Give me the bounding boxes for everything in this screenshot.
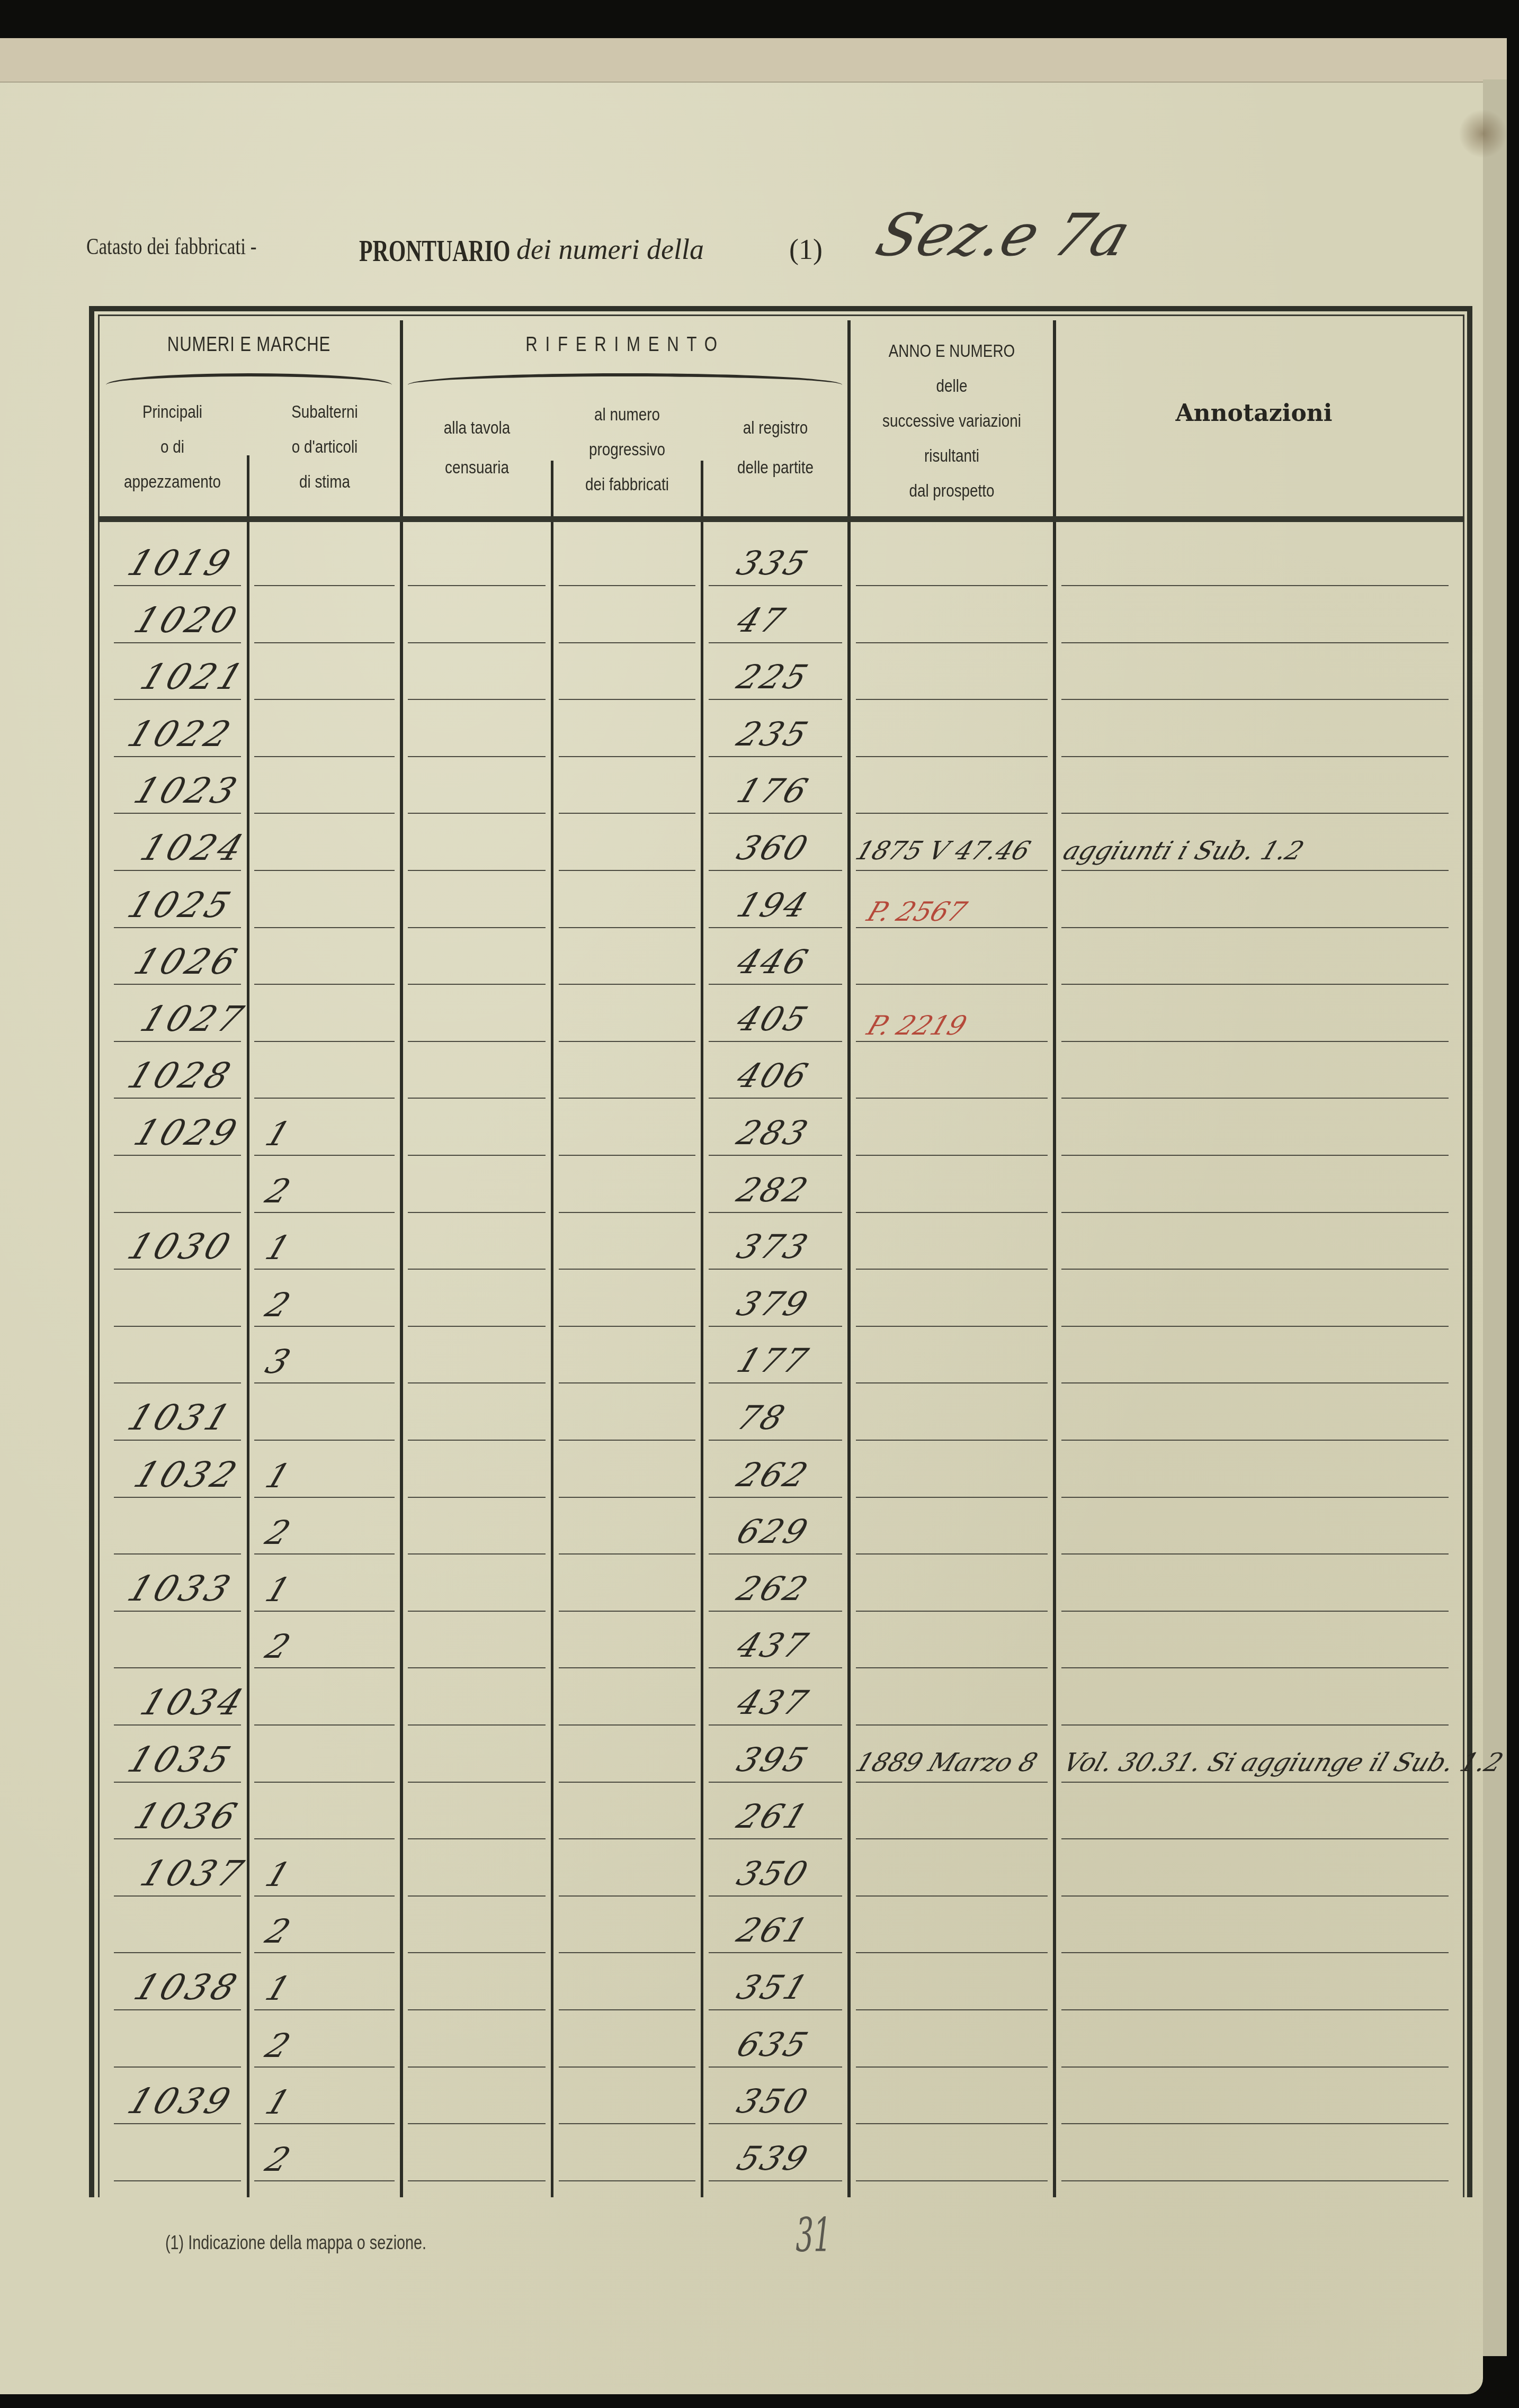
row-rule xyxy=(709,2066,842,2068)
row-rule xyxy=(408,2123,546,2124)
row-rule xyxy=(1061,1724,1449,1726)
header-anno-line2: delle xyxy=(869,369,1034,403)
row-rule xyxy=(114,642,241,643)
header-tavola-2: censuaria xyxy=(416,450,538,485)
row-rule xyxy=(709,1553,842,1555)
row-rule xyxy=(856,1553,1048,1555)
page-right-edge xyxy=(1483,79,1507,2356)
row-rule xyxy=(254,1269,395,1270)
row-rule xyxy=(856,1155,1048,1156)
row-rule xyxy=(408,1269,546,1270)
row-rule xyxy=(856,642,1048,643)
row-rule xyxy=(408,1611,546,1612)
registro-number: 283 xyxy=(732,1113,815,1152)
row-rule xyxy=(559,1212,695,1213)
row-rule xyxy=(856,1667,1048,1668)
row-rule xyxy=(709,585,842,586)
row-rule xyxy=(559,699,695,700)
row-rule xyxy=(856,1326,1048,1327)
row-rule xyxy=(709,699,842,700)
registro-number: 405 xyxy=(732,1000,815,1038)
variazione-entry: 1875 V 47.46 xyxy=(852,836,1034,866)
registro-number: 539 xyxy=(732,2139,815,2178)
row-rule xyxy=(114,1212,241,1213)
row-rule xyxy=(709,1667,842,1668)
row-rule xyxy=(1061,1041,1449,1042)
row-rule xyxy=(559,1553,695,1555)
row-rule xyxy=(408,1326,546,1327)
header-subalterni-1: Subalterni xyxy=(263,394,387,429)
row-rule xyxy=(709,1326,842,1327)
row-rule xyxy=(1061,1326,1449,1327)
row-rule xyxy=(559,1895,695,1897)
row-rule xyxy=(1061,1382,1449,1383)
registro-number: 335 xyxy=(732,544,815,582)
registro-number: 446 xyxy=(732,942,815,981)
registro-number: 261 xyxy=(732,1911,815,1949)
row-rule xyxy=(254,1440,395,1441)
principale-number: 1033 xyxy=(122,1568,239,1609)
header-subalterni-3: di stima xyxy=(263,464,387,499)
row-rule xyxy=(1061,1155,1449,1156)
variazione-entry: 1889 Marzo 8 xyxy=(852,1748,1041,1777)
row-rule xyxy=(709,927,842,928)
header-annotazioni: Annotazioni xyxy=(1054,400,1454,427)
principale-number: 1019 xyxy=(122,543,239,583)
principale-number: 1027 xyxy=(135,999,252,1039)
registro-number: 194 xyxy=(732,886,815,924)
row-rule xyxy=(559,1724,695,1726)
row-rule xyxy=(856,1269,1048,1270)
column-rule xyxy=(551,461,553,2197)
row-rule xyxy=(408,2009,546,2010)
principale-number: 1037 xyxy=(135,1853,252,1894)
row-rule xyxy=(408,1212,546,1213)
row-rule xyxy=(408,984,546,985)
row-rule xyxy=(254,813,395,814)
principale-number: 1024 xyxy=(135,828,252,868)
row-rule xyxy=(709,2180,842,2181)
row-rule xyxy=(1061,1838,1449,1839)
row-rule xyxy=(709,1382,842,1383)
row-rule xyxy=(856,1952,1048,1953)
row-rule xyxy=(856,813,1048,814)
form-title-main: PRONTUARIO xyxy=(359,233,510,275)
row-rule xyxy=(559,1952,695,1953)
row-rule xyxy=(1061,2123,1449,2124)
principale-number: 1021 xyxy=(135,657,252,697)
row-rule xyxy=(709,1212,842,1213)
row-rule xyxy=(709,1611,842,1612)
row-rule xyxy=(1061,1895,1449,1897)
header-tavola-1: alla tavola xyxy=(416,410,538,445)
row-rule xyxy=(408,1553,546,1555)
row-rule xyxy=(559,1838,695,1839)
registro-number: 176 xyxy=(732,771,815,810)
row-rule xyxy=(114,2180,241,2181)
row-rule xyxy=(408,1895,546,1897)
row-rule xyxy=(1061,2066,1449,2068)
row-rule xyxy=(856,2123,1048,2124)
row-rule xyxy=(254,2180,395,2181)
row-rule xyxy=(114,699,241,700)
header-registro-1: al registro xyxy=(716,410,834,445)
row-rule xyxy=(709,813,842,814)
row-rule xyxy=(559,642,695,643)
row-rule xyxy=(709,1782,842,1783)
form-title-footnote-ref: (1) xyxy=(789,233,823,275)
column-rule xyxy=(400,320,403,2197)
row-rule xyxy=(114,1098,241,1099)
row-rule xyxy=(254,1895,395,1897)
principale-number: 1038 xyxy=(129,1967,245,2008)
row-rule xyxy=(1061,2180,1449,2181)
row-rule xyxy=(1061,927,1449,928)
row-rule xyxy=(254,2123,395,2124)
row-rule xyxy=(856,756,1048,757)
row-rule xyxy=(856,1212,1048,1213)
registro-number: 261 xyxy=(732,1797,815,1836)
row-rule xyxy=(408,927,546,928)
row-rule xyxy=(559,1098,695,1099)
registro-number: 350 xyxy=(732,1854,815,1893)
row-rule xyxy=(254,1724,395,1726)
page-number: 31 xyxy=(796,2208,831,2262)
row-rule xyxy=(1061,1782,1449,1783)
registro-number: 225 xyxy=(732,658,815,696)
row-rule xyxy=(709,756,842,757)
registro-number: 235 xyxy=(732,715,815,753)
row-rule xyxy=(408,1724,546,1726)
registro-number: 351 xyxy=(732,1968,815,2007)
row-rule xyxy=(254,2066,395,2068)
variazione-red-entry: P. 2219 xyxy=(863,1010,971,1041)
row-rule xyxy=(254,1952,395,1953)
row-rule xyxy=(559,1667,695,1668)
header-anno-line1: ANNO E NUMERO xyxy=(869,334,1034,369)
row-rule xyxy=(408,1098,546,1099)
row-rule xyxy=(408,642,546,643)
row-rule xyxy=(1061,756,1449,757)
row-rule xyxy=(114,2066,241,2068)
row-rule xyxy=(114,756,241,757)
header-anno-line4: risultanti xyxy=(869,438,1034,473)
row-rule xyxy=(559,927,695,928)
principale-number: 1039 xyxy=(122,2081,239,2122)
row-rule xyxy=(1061,813,1449,814)
row-rule xyxy=(1061,1667,1449,1668)
row-rule xyxy=(408,1952,546,1953)
row-rule xyxy=(114,1497,241,1498)
row-rule xyxy=(114,1269,241,1270)
row-rule xyxy=(1061,1952,1449,1953)
row-rule xyxy=(709,870,842,871)
row-rule xyxy=(856,585,1048,586)
registro-number: 635 xyxy=(732,2025,815,2064)
row-rule xyxy=(114,1326,241,1327)
header-principali-3: appezzamento xyxy=(111,464,233,499)
row-rule xyxy=(856,2066,1048,2068)
row-rule xyxy=(559,1155,695,1156)
row-rule xyxy=(1061,1212,1449,1213)
header-principali-2: o di xyxy=(111,429,233,464)
row-rule xyxy=(856,1838,1048,1839)
row-rule xyxy=(709,1838,842,1839)
row-rule xyxy=(408,585,546,586)
section-handwritten: Sez.e 7a xyxy=(868,201,1139,269)
row-rule xyxy=(856,2180,1048,2181)
row-rule xyxy=(856,1098,1048,1099)
row-rule xyxy=(709,1440,842,1441)
registro-number: 379 xyxy=(732,1284,815,1323)
row-rule xyxy=(856,1782,1048,1783)
row-rule xyxy=(254,1611,395,1612)
row-rule xyxy=(709,984,842,985)
principale-number: 1030 xyxy=(122,1226,239,1267)
header-anno-line5: dal prospetto xyxy=(869,473,1034,508)
row-rule xyxy=(254,1497,395,1498)
row-rule xyxy=(114,1782,241,1783)
row-rule xyxy=(856,699,1048,700)
principale-number: 1020 xyxy=(129,600,245,641)
header-numero-1: al numero xyxy=(567,397,687,432)
row-rule xyxy=(709,1155,842,1156)
registro-number: 395 xyxy=(732,1740,815,1779)
form-title-prefix: Catasto dei fabbricati - xyxy=(86,233,257,275)
row-rule xyxy=(254,1041,395,1042)
row-rule xyxy=(559,1269,695,1270)
row-rule xyxy=(114,1952,241,1953)
row-rule xyxy=(254,1212,395,1213)
annotazione-entry: Vol. 30.31. Si aggiunge il Sub. 1.2 xyxy=(1059,1748,1507,1777)
header-separator xyxy=(98,516,1464,522)
registro-number: 629 xyxy=(732,1512,815,1551)
header-anno-line3: successive variazioni xyxy=(869,403,1034,438)
row-rule xyxy=(1061,870,1449,871)
column-rule xyxy=(1053,320,1056,2197)
principale-number: 1031 xyxy=(122,1397,239,1438)
row-rule xyxy=(114,1155,241,1156)
principale-number: 1023 xyxy=(129,770,245,811)
registro-number: 437 xyxy=(732,1683,815,1722)
row-rule xyxy=(114,1041,241,1042)
row-rule xyxy=(254,642,395,643)
row-rule xyxy=(114,2009,241,2010)
row-rule xyxy=(856,1440,1048,1441)
row-rule xyxy=(114,927,241,928)
variazione-red-entry: P. 2567 xyxy=(863,896,971,927)
row-rule xyxy=(254,1382,395,1383)
row-rule xyxy=(114,2123,241,2124)
row-rule xyxy=(559,2123,695,2124)
row-rule xyxy=(856,1041,1048,1042)
header-subalterni-2: o d'articoli xyxy=(263,429,387,464)
row-rule xyxy=(559,1041,695,1042)
registro-number: 350 xyxy=(732,2082,815,2121)
row-rule xyxy=(856,984,1048,985)
row-rule xyxy=(408,2066,546,2068)
row-rule xyxy=(856,1895,1048,1897)
row-rule xyxy=(1061,642,1449,643)
row-rule xyxy=(559,1497,695,1498)
header-numeri-e-marche: NUMERI E MARCHE xyxy=(125,334,372,356)
column-rule xyxy=(701,461,703,2197)
form-title-suffix: dei numeri della xyxy=(516,233,704,275)
registro-number: 262 xyxy=(732,1569,815,1608)
registro-number: 373 xyxy=(732,1227,815,1266)
row-rule xyxy=(408,2180,546,2181)
row-rule xyxy=(408,1440,546,1441)
row-rule xyxy=(559,984,695,985)
row-rule xyxy=(856,1611,1048,1612)
row-rule xyxy=(559,2009,695,2010)
principale-number: 1034 xyxy=(135,1682,252,1723)
row-rule xyxy=(254,1553,395,1555)
row-rule xyxy=(254,756,395,757)
header-principali-1: Principali xyxy=(111,394,233,429)
registro-number: 177 xyxy=(732,1341,815,1380)
row-rule xyxy=(254,1155,395,1156)
principale-number: 1025 xyxy=(122,885,239,926)
registro-number: 282 xyxy=(732,1171,815,1209)
row-rule xyxy=(1061,585,1449,586)
annotazione-entry: aggiunti i Sub. 1.2 xyxy=(1059,836,1308,866)
row-rule xyxy=(114,1440,241,1441)
principale-number: 1035 xyxy=(122,1739,239,1780)
row-rule xyxy=(408,870,546,871)
row-rule xyxy=(1061,1098,1449,1099)
row-rule xyxy=(114,585,241,586)
paper-stain xyxy=(1459,109,1507,159)
principale-number: 1036 xyxy=(129,1796,245,1837)
row-rule xyxy=(114,870,241,871)
registro-number: 437 xyxy=(732,1626,815,1665)
row-rule xyxy=(254,927,395,928)
row-rule xyxy=(254,984,395,985)
row-rule xyxy=(856,1497,1048,1498)
row-rule xyxy=(114,1553,241,1555)
principale-number: 1029 xyxy=(129,1112,245,1153)
row-rule xyxy=(856,1382,1048,1383)
row-rule xyxy=(408,1838,546,1839)
row-rule xyxy=(709,1269,842,1270)
row-rule xyxy=(114,1838,241,1839)
row-rule xyxy=(114,984,241,985)
principale-number: 1028 xyxy=(122,1055,239,1096)
row-rule xyxy=(254,1782,395,1783)
row-rule xyxy=(254,1326,395,1327)
row-rule xyxy=(856,2009,1048,2010)
row-rule xyxy=(1061,1497,1449,1498)
row-rule xyxy=(1061,1440,1449,1441)
row-rule xyxy=(114,1724,241,1726)
row-rule xyxy=(1061,1611,1449,1612)
row-rule xyxy=(1061,1269,1449,1270)
row-rule xyxy=(408,1782,546,1783)
row-rule xyxy=(559,2066,695,2068)
row-rule xyxy=(114,1611,241,1612)
page-top-fold xyxy=(0,38,1507,83)
row-rule xyxy=(254,1667,395,1668)
row-rule xyxy=(559,870,695,871)
row-rule xyxy=(559,585,695,586)
row-rule xyxy=(408,699,546,700)
row-rule xyxy=(1061,1553,1449,1555)
row-rule xyxy=(254,1098,395,1099)
row-rule xyxy=(1061,699,1449,700)
row-rule xyxy=(559,1782,695,1783)
header-registro-2: delle partite xyxy=(716,450,834,485)
row-rule xyxy=(559,756,695,757)
header-numero-3: dei fabbricati xyxy=(567,467,687,502)
row-rule xyxy=(559,813,695,814)
row-rule xyxy=(856,1724,1048,1726)
row-rule xyxy=(408,1667,546,1668)
principale-number: 1032 xyxy=(129,1454,245,1495)
row-rule xyxy=(254,2009,395,2010)
column-rule xyxy=(247,455,249,2197)
row-rule xyxy=(408,756,546,757)
row-rule xyxy=(254,585,395,586)
row-rule xyxy=(856,870,1048,871)
header-numero-2: progressivo xyxy=(567,432,687,467)
row-rule xyxy=(408,1155,546,1156)
row-rule xyxy=(254,1838,395,1839)
row-rule xyxy=(559,1382,695,1383)
column-rule xyxy=(847,320,851,2197)
row-rule xyxy=(114,1382,241,1383)
row-rule xyxy=(709,1098,842,1099)
row-rule xyxy=(559,2180,695,2181)
row-rule xyxy=(559,1611,695,1612)
principale-number: 1026 xyxy=(129,941,245,982)
row-rule xyxy=(408,1041,546,1042)
row-rule xyxy=(709,1952,842,1953)
row-rule xyxy=(709,1497,842,1498)
row-rule xyxy=(709,1041,842,1042)
row-rule xyxy=(1061,2009,1449,2010)
footnote: (1) Indicazione della mappa o sezione. xyxy=(165,2232,426,2254)
row-rule xyxy=(114,1895,241,1897)
header-riferimento: RIFERIMENTO xyxy=(443,334,808,356)
row-rule xyxy=(408,1382,546,1383)
row-rule xyxy=(254,870,395,871)
row-rule xyxy=(114,1667,241,1668)
principale-number: 1022 xyxy=(122,714,239,754)
row-rule xyxy=(559,1326,695,1327)
registro-number: 262 xyxy=(732,1455,815,1494)
registro-number: 360 xyxy=(732,829,815,867)
row-rule xyxy=(114,813,241,814)
row-rule xyxy=(709,1895,842,1897)
row-rule xyxy=(254,699,395,700)
row-rule xyxy=(559,1440,695,1441)
row-rule xyxy=(1061,984,1449,985)
row-rule xyxy=(709,2123,842,2124)
registro-number: 406 xyxy=(732,1056,815,1095)
row-rule xyxy=(709,1724,842,1726)
row-rule xyxy=(408,813,546,814)
row-rule xyxy=(408,1497,546,1498)
row-rule xyxy=(709,642,842,643)
row-rule xyxy=(709,2009,842,2010)
